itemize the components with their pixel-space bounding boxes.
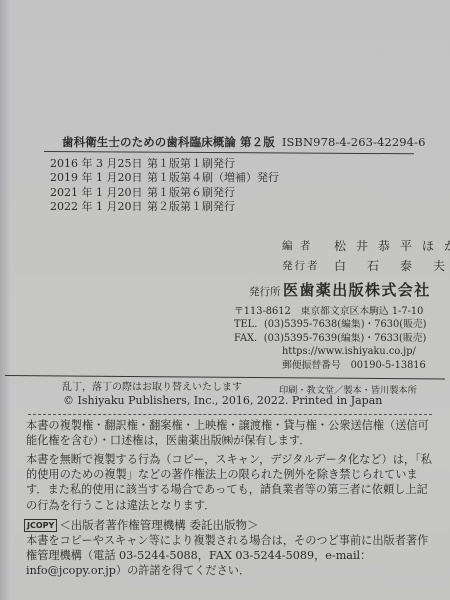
publisher-person-row: 発行者 白石泰夫: [282, 256, 450, 276]
book-title: 歯科衛生士のための歯科臨床概論: [62, 135, 236, 149]
title-rule: [44, 151, 414, 154]
history-row: 2021 年 1 月20日 第１版第６刷発行: [50, 186, 279, 200]
postal-address: 〒113-8612 東京都文京区本駒込 1-7-10: [234, 305, 426, 318]
page-edge-shadow: [0, 0, 10, 600]
history-event: 第１版第６刷発行: [147, 186, 235, 200]
history-date: 2022 年 1 月20日: [50, 200, 147, 214]
editor-name: 松井恭平ほか: [334, 236, 450, 256]
publisher-person-label: 発行者: [282, 256, 334, 276]
fax-line: FAX．(03)5395-7639(編集)・7633(販売): [234, 332, 426, 345]
history-row: 2016 年 3 月25日 第１版第１刷発行: [50, 157, 279, 171]
copyright-notice: © Ishiyaku Publishers, Inc., 2016, 2022.…: [63, 394, 382, 407]
credits: 編 者 松井恭平ほか 発行者 白石泰夫: [282, 236, 450, 276]
book-title-line: 歯科衛生士のための歯科臨床概論第２版ISBN978-4-263-42294-6: [62, 134, 426, 150]
transfer-number: 郵便振替番号 00190-5-13816: [234, 359, 426, 372]
publisher-person-name: 白石泰夫: [334, 256, 450, 276]
editor-label: 編 者: [282, 236, 334, 256]
history-date: 2016 年 3 月25日: [50, 157, 147, 171]
history-row: 2019 年 1 月20日 第１版第４刷（増補）発行: [50, 171, 279, 185]
url-link[interactable]: https://www.ishiyaku.co.jp/: [234, 345, 426, 358]
isbn: ISBN978-4-263-42294-6: [282, 135, 426, 149]
publisher-address: 〒113-8612 東京都文京区本駒込 1-7-10 TEL．(03)5395-…: [234, 305, 426, 372]
jcopy-heading-line: JCOPY ＜出版者著作権管理機構 委託出版物＞: [24, 517, 258, 533]
book-edition: 第２版: [240, 135, 275, 149]
publication-history: 2016 年 3 月25日 第１版第１刷発行 2019 年 1 月20日 第１版…: [50, 157, 279, 215]
history-event: 第２版第１刷発行: [147, 200, 235, 214]
jcopy-heading: ＜出版者著作権管理機構 委託出版物＞: [59, 517, 258, 533]
rights-paragraph-2: 本書を無断で複製する行為（コピー，スキャン，デジタルデータ化など）は，「私的使用…: [26, 452, 436, 513]
history-date: 2021 年 1 月20日: [50, 186, 147, 200]
dashed-divider: [28, 414, 432, 415]
history-row: 2022 年 1 月20日 第２版第１刷発行: [50, 200, 279, 214]
defect-notice: 乱丁，落丁の際はお取り替えいたします: [62, 378, 242, 393]
rights-paragraph-3: 本書をコピーやスキャン等により複製される場合は，そのつど事前に出版者著作権管理機…: [26, 533, 436, 579]
history-date: 2019 年 1 月20日: [50, 171, 147, 185]
editor-row: 編 者 松井恭平ほか: [282, 236, 450, 256]
history-event: 第１版第４刷（増補）発行: [147, 171, 279, 185]
tel-line: TEL．(03)5395-7638(編集)・7630(販売): [234, 318, 426, 331]
jcopy-logo-icon: JCOPY: [24, 519, 57, 532]
publisher-label: 発行所: [249, 284, 283, 299]
publisher-name: 医歯薬出版株式会社: [283, 279, 431, 300]
history-event: 第１版第１刷発行: [147, 157, 235, 171]
publisher-row: 発行所 医歯薬出版株式会社: [249, 279, 431, 300]
rights-paragraph-1: 本書の複製権・翻訳権・翻案権・上映権・譲渡権・貸与権・公衆送信権（送信可能化権を…: [26, 418, 436, 448]
